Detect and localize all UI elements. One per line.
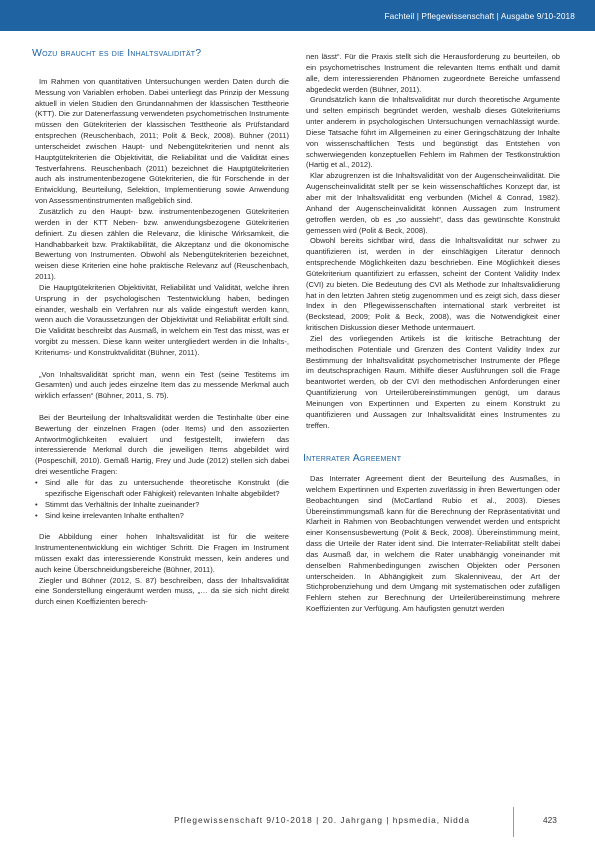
paragraph: Grundsätzlich kann die Inhaltsvalidität …	[306, 95, 560, 171]
paragraph: nen lässt“. Für die Praxis stellt sich d…	[306, 52, 560, 95]
list-item: Sind alle für das zu untersuchende theor…	[35, 478, 289, 500]
paragraph: Bei der Beurteilung der Inhaltsvalidität…	[35, 413, 289, 478]
section-heading-content-validity: Wozu braucht es die Inhaltsvalidität?	[32, 48, 289, 59]
paragraph: Zusätzlich zu den Haupt- bzw. instrument…	[35, 207, 289, 283]
paragraph: Im Rahmen von quantitativen Untersuchung…	[35, 77, 289, 207]
footer-divider	[513, 807, 514, 837]
publication-info: Pflegewissenschaft 9/10-2018 | 20. Jahrg…	[174, 815, 470, 825]
section-heading-interrater-agreement: Interrater Agreement	[303, 453, 560, 464]
list-item: Sind keine irrelevanten Inhalte enthalte…	[35, 511, 289, 522]
paragraph: Klar abzugrenzen ist die Inhaltsvaliditä…	[306, 171, 560, 236]
block-quote: „Von Inhaltsvalidität spricht man, wenn …	[35, 370, 289, 403]
running-title: Fachteil | Pflegewissenschaft | Ausgabe …	[385, 11, 575, 21]
list-item: Stimmt das Verhältnis der Inhalte zueina…	[35, 500, 289, 511]
paragraph: Die Abbildung einer hohen Inhaltsvalidit…	[35, 532, 289, 575]
paragraph: Obwohl bereits sichtbar wird, dass die I…	[306, 236, 560, 334]
question-list: Sind alle für das zu untersuchende theor…	[35, 478, 289, 521]
paragraph: Ziel des vorliegenden Artikels ist die k…	[306, 334, 560, 432]
page-number: 423	[543, 815, 557, 825]
right-column: nen lässt“. Für die Praxis stellt sich d…	[306, 52, 560, 615]
paragraph: Ziegler und Bühner (2012, S. 87) beschre…	[35, 576, 289, 609]
paragraph: Das Interrater Agreement dient der Beurt…	[306, 474, 560, 615]
paragraph: Die Hauptgütekriterien Objektivität, Rel…	[35, 283, 289, 359]
header-bar: Fachteil | Pflegewissenschaft | Ausgabe …	[0, 0, 595, 31]
left-column: Wozu braucht es die Inhaltsvalidität? Im…	[35, 48, 289, 608]
